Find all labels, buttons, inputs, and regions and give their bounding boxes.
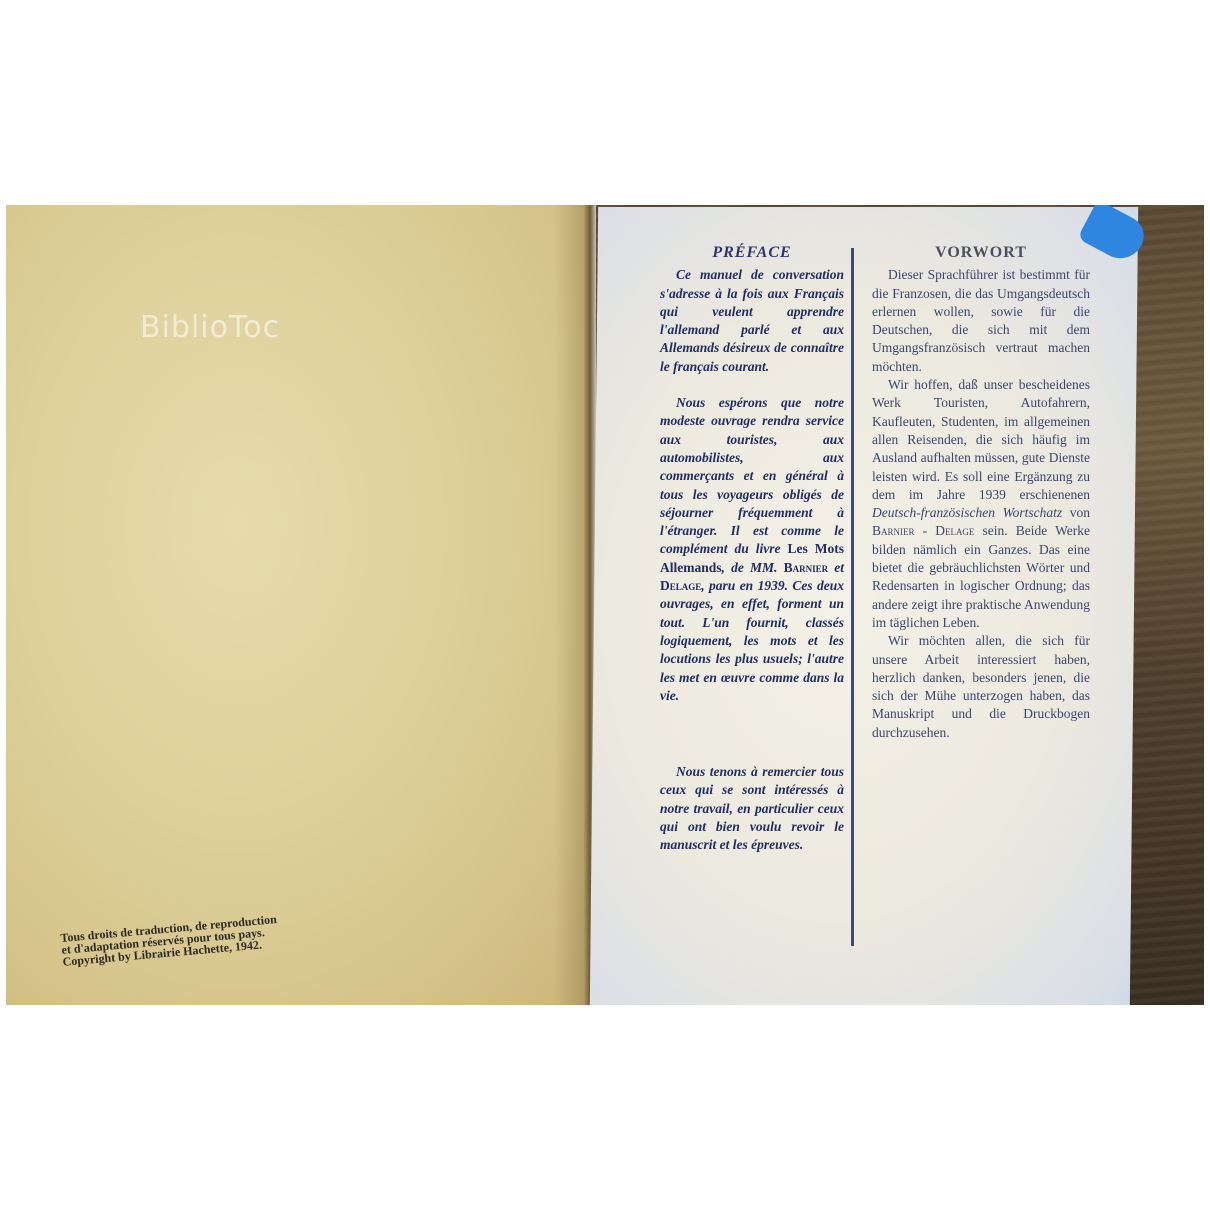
text-run: Wir hoffen, daß unser bescheidenes Werk …: [872, 377, 1090, 502]
vorwort-heading: VORWORT: [872, 244, 1090, 262]
book-title: Deutsch-französischen Wortschatz: [872, 505, 1062, 520]
preface-paragraph-3: Nous tenons à remercier tous ceux qui se…: [660, 763, 844, 854]
preface-paragraph-1: Ce manuel de conversation s'adresse à la…: [660, 266, 844, 376]
author-name: Barnier: [784, 560, 829, 575]
watermark-logo: BiblioToc: [140, 310, 280, 345]
french-preface-column: PRÉFACE Ce manuel de conversation s'adre…: [660, 244, 844, 855]
text-run: sein. Beide Werke bilden nämlich ein Gan…: [872, 523, 1090, 629]
preface-heading: PRÉFACE: [660, 244, 844, 262]
text-run: et: [828, 560, 844, 575]
vorwort-paragraph-1: Dieser Sprachführer ist bestimmt für die…: [872, 266, 1090, 376]
column-divider: [851, 248, 854, 946]
author-name: Delage: [660, 578, 701, 593]
text-run: Ces deux ouvrages, en effet, forment un …: [660, 578, 844, 703]
vorwort-paragraph-2: Wir hoffen, daß unser bescheidenes Werk …: [872, 376, 1090, 632]
preface-paragraph-2: Nous espérons que notre modeste ouvrage …: [660, 394, 844, 705]
german-vorwort-column: VORWORT Dieser Sprachführer ist bestimmt…: [872, 244, 1090, 742]
text-run: , paru en 1939.: [701, 578, 792, 593]
left-page: [6, 205, 584, 1005]
author-names: Barnier - Delage: [872, 523, 974, 538]
vorwort-paragraph-3: Wir möchten allen, die sich für unsere A…: [872, 632, 1090, 742]
text-run: Nous espérons que notre modeste ouvrage …: [660, 395, 844, 556]
text-run: von: [1062, 505, 1090, 520]
text-run: , de MM.: [722, 560, 784, 575]
